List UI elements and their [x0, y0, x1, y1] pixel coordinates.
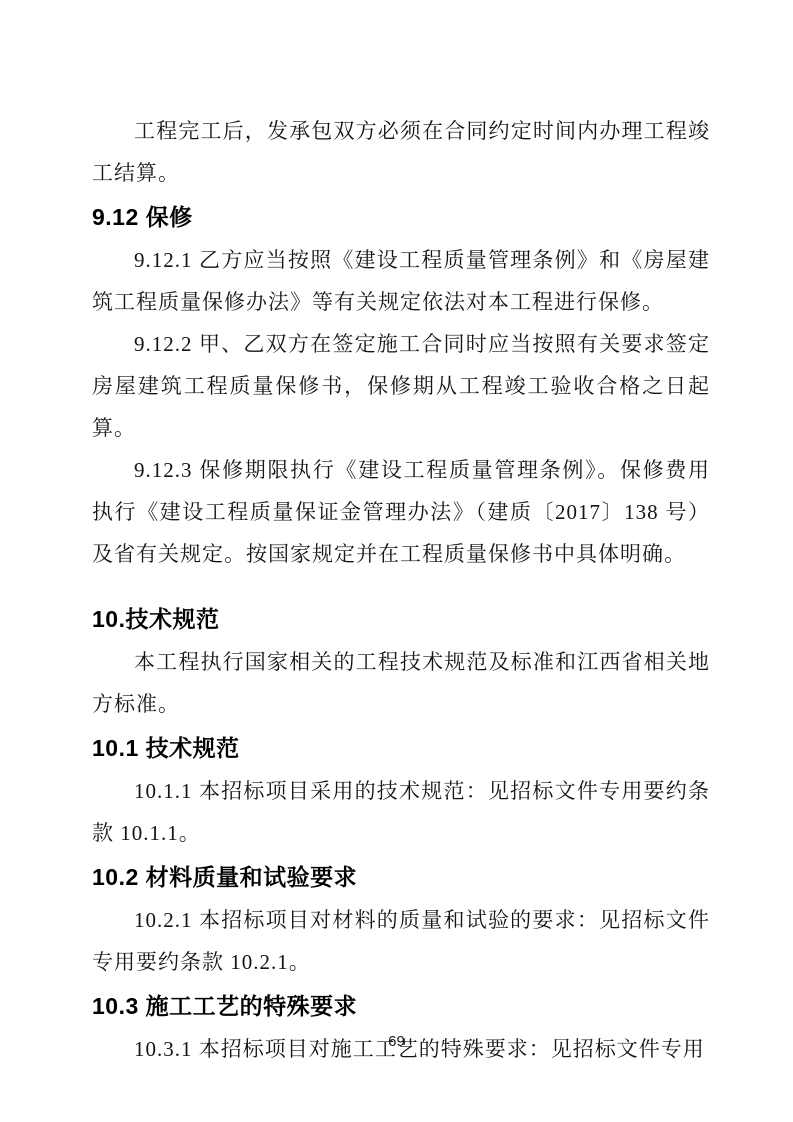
document-page: 工程完工后，发承包双方必须在合同约定时间内办理工程竣工结算。9.12 保修9.1…: [0, 0, 793, 1122]
section-heading: 9.12 保修: [92, 201, 710, 233]
section-heading: 10.3 施工工艺的特殊要求: [92, 990, 710, 1022]
body-paragraph: 10.1.1 本招标项目采用的技术规范：见招标文件专用要约条款 10.1.1。: [92, 770, 710, 854]
section-heading: 10.1 技术规范: [92, 732, 710, 764]
page-number: 69: [0, 1033, 793, 1050]
body-paragraph: 本工程执行国家相关的工程技术规范及标准和江西省相关地方标准。: [92, 641, 710, 725]
body-paragraph: 工程完工后，发承包双方必须在合同约定时间内办理工程竣工结算。: [92, 110, 710, 194]
body-paragraph: 9.12.1 乙方应当按照《建设工程质量管理条例》和《房屋建筑工程质量保修办法》…: [92, 239, 710, 323]
document-content: 工程完工后，发承包双方必须在合同约定时间内办理工程竣工结算。9.12 保修9.1…: [92, 110, 710, 1070]
section-heading: 10.技术规范: [92, 603, 710, 635]
section-heading: 10.2 材料质量和试验要求: [92, 861, 710, 893]
body-paragraph: 10.2.1 本招标项目对材料的质量和试验的要求：见招标文件专用要约条款 10.…: [92, 899, 710, 983]
body-paragraph: 9.12.2 甲、乙双方在签定施工合同时应当按照有关要求签定房屋建筑工程质量保修…: [92, 323, 710, 449]
body-paragraph: 9.12.3 保修期限执行《建设工程质量管理条例》。保修费用执行《建设工程质量保…: [92, 449, 710, 575]
